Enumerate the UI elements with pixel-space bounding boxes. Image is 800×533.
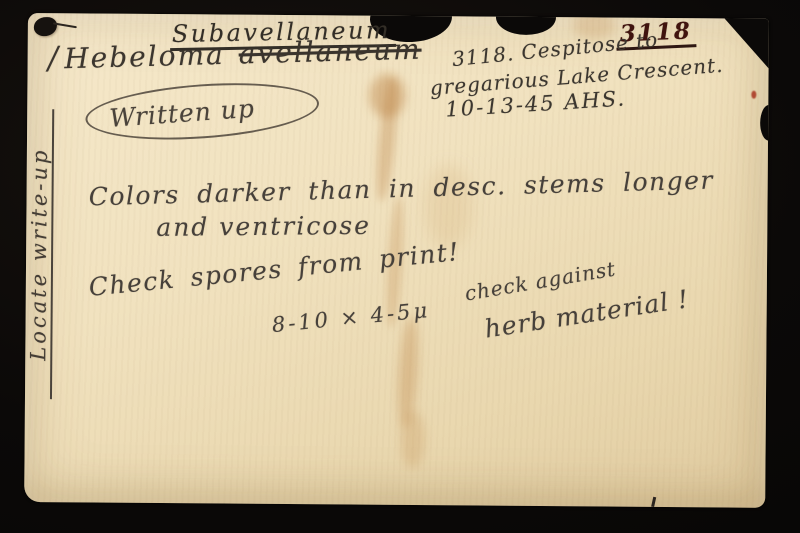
water-stain-blob-top bbox=[369, 74, 405, 118]
handwriting-genus: Hebeloma bbox=[64, 38, 225, 75]
handwriting-spore-measurement: 8-10 × 4-5μ bbox=[271, 298, 431, 337]
photo-background: Subavellaneum /Hebelomaavellaneum 3118 3… bbox=[0, 0, 800, 533]
handwriting-written-up: Written up bbox=[108, 93, 255, 132]
pencil-tick-mark: / bbox=[47, 40, 60, 76]
handwriting-note-line3: Check spores from print! bbox=[87, 237, 461, 302]
clipped-corner bbox=[721, 14, 769, 72]
handwriting-note-line1: Colors darker than in desc. stems longer bbox=[88, 165, 714, 211]
edge-chip bbox=[760, 105, 769, 141]
handwriting-margin-note: Locate write-up bbox=[26, 109, 54, 399]
index-card: Subavellaneum /Hebelomaavellaneum 3118 3… bbox=[24, 13, 769, 508]
hole-punch-mark bbox=[34, 17, 57, 36]
written-up-circle: Written up bbox=[84, 76, 321, 146]
handwriting-note-line2: and ventricose bbox=[156, 211, 371, 242]
edge-tick-mark bbox=[651, 497, 656, 507]
handwriting-species-struck: avellaneum bbox=[238, 33, 422, 71]
water-stain-streak-bottom bbox=[396, 316, 421, 429]
red-ink-speck bbox=[751, 91, 756, 99]
water-stain-blob-low bbox=[400, 410, 424, 468]
handwriting-genus-line: /Hebelomaavellaneum bbox=[47, 31, 422, 77]
edge-notch-2 bbox=[496, 13, 556, 35]
